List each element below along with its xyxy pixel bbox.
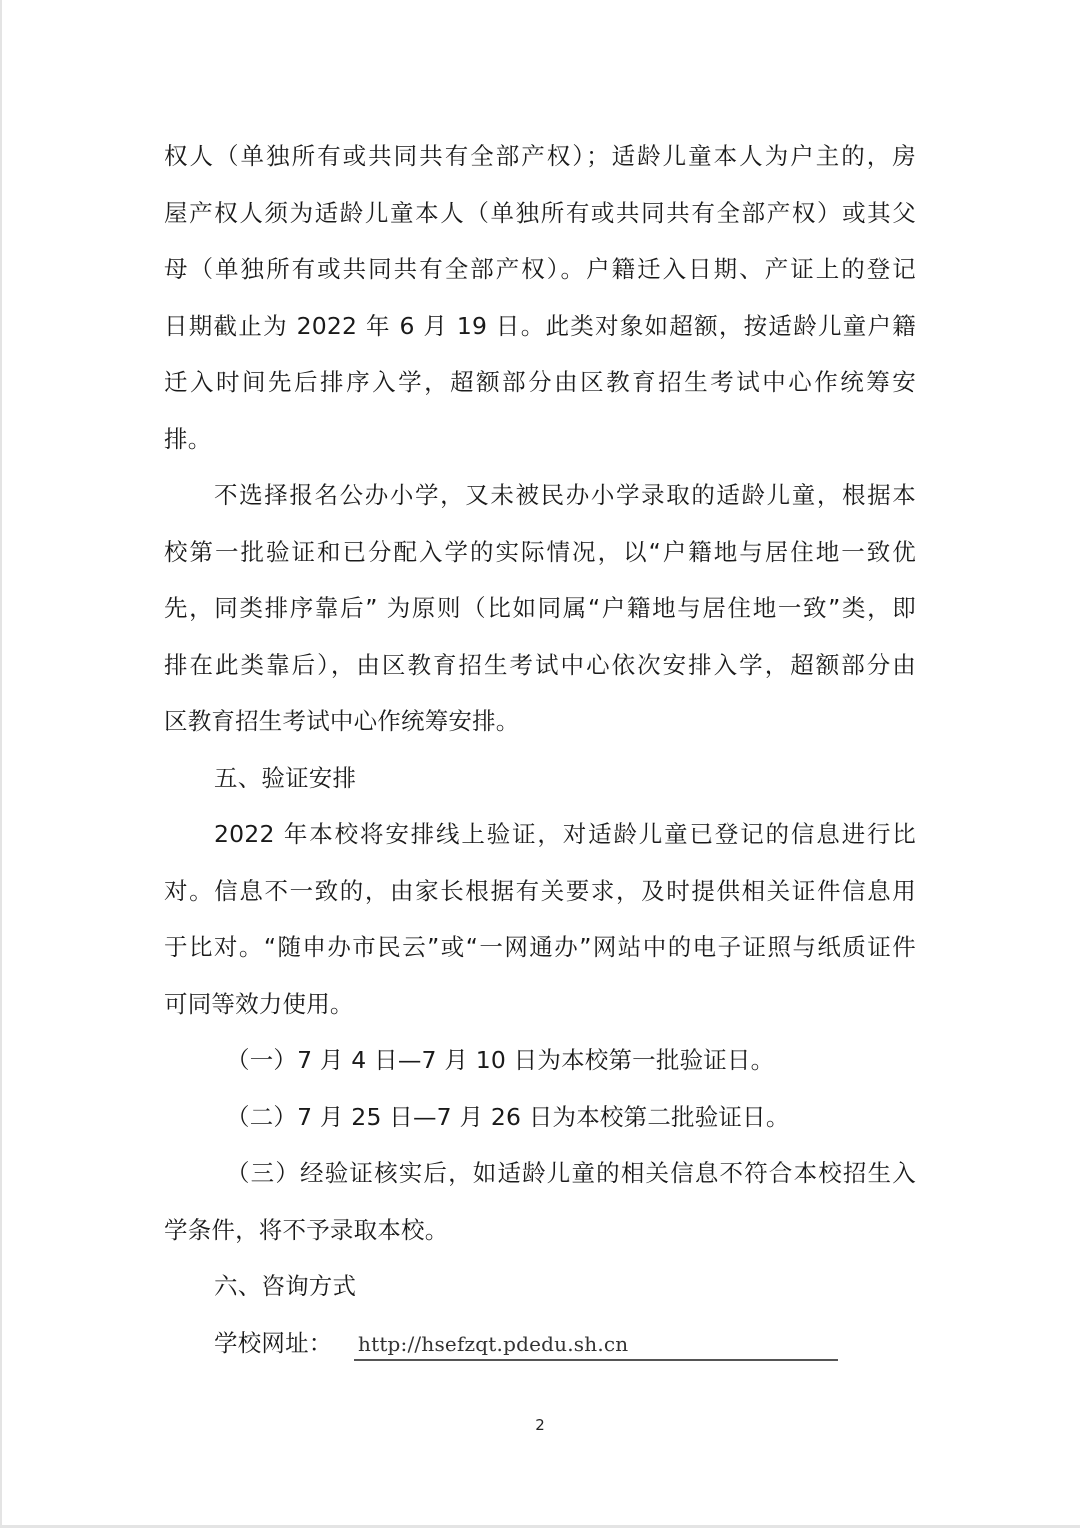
list-item-continuation: 学条件，将不予录取本校。 [164, 1202, 916, 1259]
text-line: 权人（单独所有或共同共有全部产权）；适龄儿童本人为户主的，房 [164, 128, 916, 185]
text-line: 排。 [164, 411, 916, 468]
text-line: 先，同类排序靠后” 为原则（比如同属“户籍地与居住地一致”类，即 [164, 580, 916, 637]
section-heading-verification: 五、验证安排 [164, 750, 916, 807]
text-line: 校第一批验证和已分配入学的实际情况，以“户籍地与居住地一致优 [164, 524, 916, 581]
verification-items: （一）7 月 4 日—7 月 10 日为本校第一批验证日。 （二）7 月 25 … [164, 1032, 916, 1258]
website-label: 学校网址： [164, 1315, 354, 1372]
text-line: 2022 年本校将安排线上验证，对适龄儿童已登记的信息进行比 [164, 806, 916, 863]
text-line: 于比对。“随申办市民云”或“一网通办”网站中的电子证照与纸质证件 [164, 919, 916, 976]
text-line: 母（单独所有或共同共有全部产权）。户籍迁入日期、产证上的登记 [164, 241, 916, 298]
continued-paragraph: 权人（单独所有或共同共有全部产权）；适龄儿童本人为户主的，房 屋产权人须为适龄儿… [164, 128, 916, 467]
text-line: 不选择报名公办小学，又未被民办小学录取的适龄儿童，根据本 [164, 467, 916, 524]
text-line: 排在此类靠后），由区教育招生考试中心依次安排入学，超额部分由 [164, 637, 916, 694]
list-item: （一）7 月 4 日—7 月 10 日为本校第一批验证日。 [164, 1032, 916, 1089]
list-item: （三）经验证核实后，如适龄儿童的相关信息不符合本校招生入 [164, 1145, 916, 1202]
text-line: 可同等效力使用。 [164, 976, 916, 1033]
text-line: 屋产权人须为适龄儿童本人（单独所有或共同共有全部产权）或其父 [164, 185, 916, 242]
text-line: 迁入时间先后排序入学，超额部分由区教育招生考试中心作统筹安 [164, 354, 916, 411]
verification-paragraph: 2022 年本校将安排线上验证，对适龄儿童已登记的信息进行比 对。信息不一致的，… [164, 806, 916, 1032]
website-link[interactable]: http://hsefzqt.pdedu.sh.cn [354, 1329, 838, 1361]
text-line: 对。信息不一致的，由家长根据有关要求，及时提供相关证件信息用 [164, 863, 916, 920]
text-line: 日期截止为 2022 年 6 月 19 日。此类对象如超额，按适龄儿童户籍 [164, 298, 916, 355]
list-item: （二）7 月 25 日—7 月 26 日为本校第二批验证日。 [164, 1089, 916, 1146]
text-line: 区教育招生考试中心作统筹安排。 [164, 693, 916, 750]
website-row: 学校网址： http://hsefzqt.pdedu.sh.cn [164, 1315, 916, 1372]
section-heading-contact: 六、咨询方式 [164, 1258, 916, 1315]
page-number: 2 [0, 1416, 1080, 1434]
unassigned-children-paragraph: 不选择报名公办小学，又未被民办小学录取的适龄儿童，根据本 校第一批验证和已分配入… [164, 467, 916, 750]
document-body: 权人（单独所有或共同共有全部产权）；适龄儿童本人为户主的，房 屋产权人须为适龄儿… [164, 128, 916, 1371]
